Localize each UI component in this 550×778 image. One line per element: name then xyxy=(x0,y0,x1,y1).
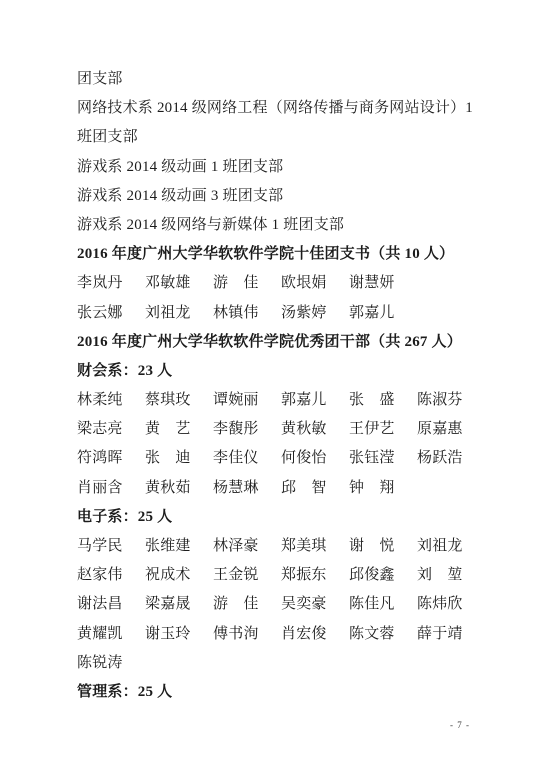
person-name: 郑美琪 xyxy=(281,532,349,561)
document-line: 游戏系 2014 级动画 1 班团支部 xyxy=(77,153,497,182)
name-row: 赵家伟祝成术王金锐郑振东邱俊鑫刘 堃 xyxy=(77,561,497,590)
person-name: 邱 智 xyxy=(281,474,349,503)
person-name: 黄 艺 xyxy=(145,415,213,444)
person-name: 谢法昌 xyxy=(77,590,145,619)
person-name: 杨跃浩 xyxy=(417,444,485,473)
person-name: 李岚丹 xyxy=(77,269,145,298)
name-row: 陈锐涛 xyxy=(77,649,497,678)
person-name: 薛于靖 xyxy=(417,620,485,649)
person-name: 欧垠娟 xyxy=(281,269,349,298)
person-name: 钟 翔 xyxy=(349,474,417,503)
person-name: 林柔纯 xyxy=(77,386,145,415)
person-name: 傅书洵 xyxy=(213,620,281,649)
person-name: 肖丽含 xyxy=(77,474,145,503)
person-name: 李馥彤 xyxy=(213,415,281,444)
person-name: 马学民 xyxy=(77,532,145,561)
person-name: 汤紫婷 xyxy=(281,299,349,328)
person-name: 王金锐 xyxy=(213,561,281,590)
person-name: 蔡琪玫 xyxy=(145,386,213,415)
person-name: 刘 堃 xyxy=(417,561,485,590)
person-name: 张维建 xyxy=(145,532,213,561)
person-name: 肖宏俊 xyxy=(281,620,349,649)
person-name: 原嘉惠 xyxy=(417,415,485,444)
person-name: 游 佳 xyxy=(213,269,281,298)
document-body: 团支部网络技术系 2014 级网络工程（网络传播与商务网站设计）1班团支部游戏系… xyxy=(77,65,497,707)
person-name: 邱俊鑫 xyxy=(349,561,417,590)
person-name: 梁嘉晟 xyxy=(145,590,213,619)
section-heading: 财会系：23 人 xyxy=(77,357,497,386)
person-name: 邓敏雄 xyxy=(145,269,213,298)
section-heading: 电子系：25 人 xyxy=(77,503,497,532)
person-name: 陈锐涛 xyxy=(77,649,145,678)
person-name: 陈淑芬 xyxy=(417,386,485,415)
person-name: 谢 悦 xyxy=(349,532,417,561)
person-name: 谭婉丽 xyxy=(213,386,281,415)
section-heading: 管理系：25 人 xyxy=(77,678,497,707)
name-row: 谢法昌梁嘉晟游 佳吴奕豪陈佳凡陈炜欣 xyxy=(77,590,497,619)
person-name: 刘祖龙 xyxy=(145,299,213,328)
document-line: 班团支部 xyxy=(77,123,497,152)
person-name: 陈炜欣 xyxy=(417,590,485,619)
person-name: 张云娜 xyxy=(77,299,145,328)
person-name: 李佳仪 xyxy=(213,444,281,473)
person-name: 刘祖龙 xyxy=(417,532,485,561)
document-line: 网络技术系 2014 级网络工程（网络传播与商务网站设计）1 xyxy=(77,94,497,123)
name-row: 张云娜刘祖龙林镇伟汤紫婷郭嘉儿 xyxy=(77,299,497,328)
name-row: 李岚丹邓敏雄游 佳欧垠娟谢慧妍 xyxy=(77,269,497,298)
person-name: 谢慧妍 xyxy=(349,269,417,298)
person-name: 张钰滢 xyxy=(349,444,417,473)
name-row: 马学民张维建林泽豪郑美琪谢 悦刘祖龙 xyxy=(77,532,497,561)
person-name: 林镇伟 xyxy=(213,299,281,328)
name-row: 林柔纯蔡琪玫谭婉丽郭嘉儿张 盛陈淑芬 xyxy=(77,386,497,415)
person-name: 何俊怡 xyxy=(281,444,349,473)
document-page: 团支部网络技术系 2014 级网络工程（网络传播与商务网站设计）1班团支部游戏系… xyxy=(0,0,550,778)
person-name: 郑振东 xyxy=(281,561,349,590)
name-row: 黄耀凯谢玉玲傅书洵肖宏俊陈文蓉薛于靖 xyxy=(77,620,497,649)
person-name: 杨慧琳 xyxy=(213,474,281,503)
person-name: 张 迪 xyxy=(145,444,213,473)
person-name: 祝成术 xyxy=(145,561,213,590)
name-row: 肖丽含黄秋茹杨慧琳邱 智钟 翔 xyxy=(77,474,497,503)
document-line: 游戏系 2014 级动画 3 班团支部 xyxy=(77,182,497,211)
person-name: 陈佳凡 xyxy=(349,590,417,619)
section-heading: 2016 年度广州大学华软软件学院十佳团支书（共 10 人） xyxy=(77,240,497,269)
person-name: 王伊艺 xyxy=(349,415,417,444)
person-name: 梁志亮 xyxy=(77,415,145,444)
name-row: 梁志亮黄 艺李馥彤黄秋敏王伊艺原嘉惠 xyxy=(77,415,497,444)
section-heading: 2016 年度广州大学华软软件学院优秀团干部（共 267 人） xyxy=(77,328,497,357)
person-name: 谢玉玲 xyxy=(145,620,213,649)
name-row: 符鸿晖张 迪李佳仪何俊怡张钰滢杨跃浩 xyxy=(77,444,497,473)
person-name: 黄耀凯 xyxy=(77,620,145,649)
person-name: 黄秋茹 xyxy=(145,474,213,503)
person-name: 张 盛 xyxy=(349,386,417,415)
person-name: 郭嘉儿 xyxy=(281,386,349,415)
person-name: 游 佳 xyxy=(213,590,281,619)
page-number: - 7 - xyxy=(450,718,470,732)
person-name: 黄秋敏 xyxy=(281,415,349,444)
person-name: 陈文蓉 xyxy=(349,620,417,649)
person-name: 赵家伟 xyxy=(77,561,145,590)
person-name: 吴奕豪 xyxy=(281,590,349,619)
person-name: 符鸿晖 xyxy=(77,444,145,473)
person-name: 郭嘉儿 xyxy=(349,299,417,328)
document-line: 游戏系 2014 级网络与新媒体 1 班团支部 xyxy=(77,211,497,240)
person-name: 林泽豪 xyxy=(213,532,281,561)
document-line: 团支部 xyxy=(77,65,497,94)
